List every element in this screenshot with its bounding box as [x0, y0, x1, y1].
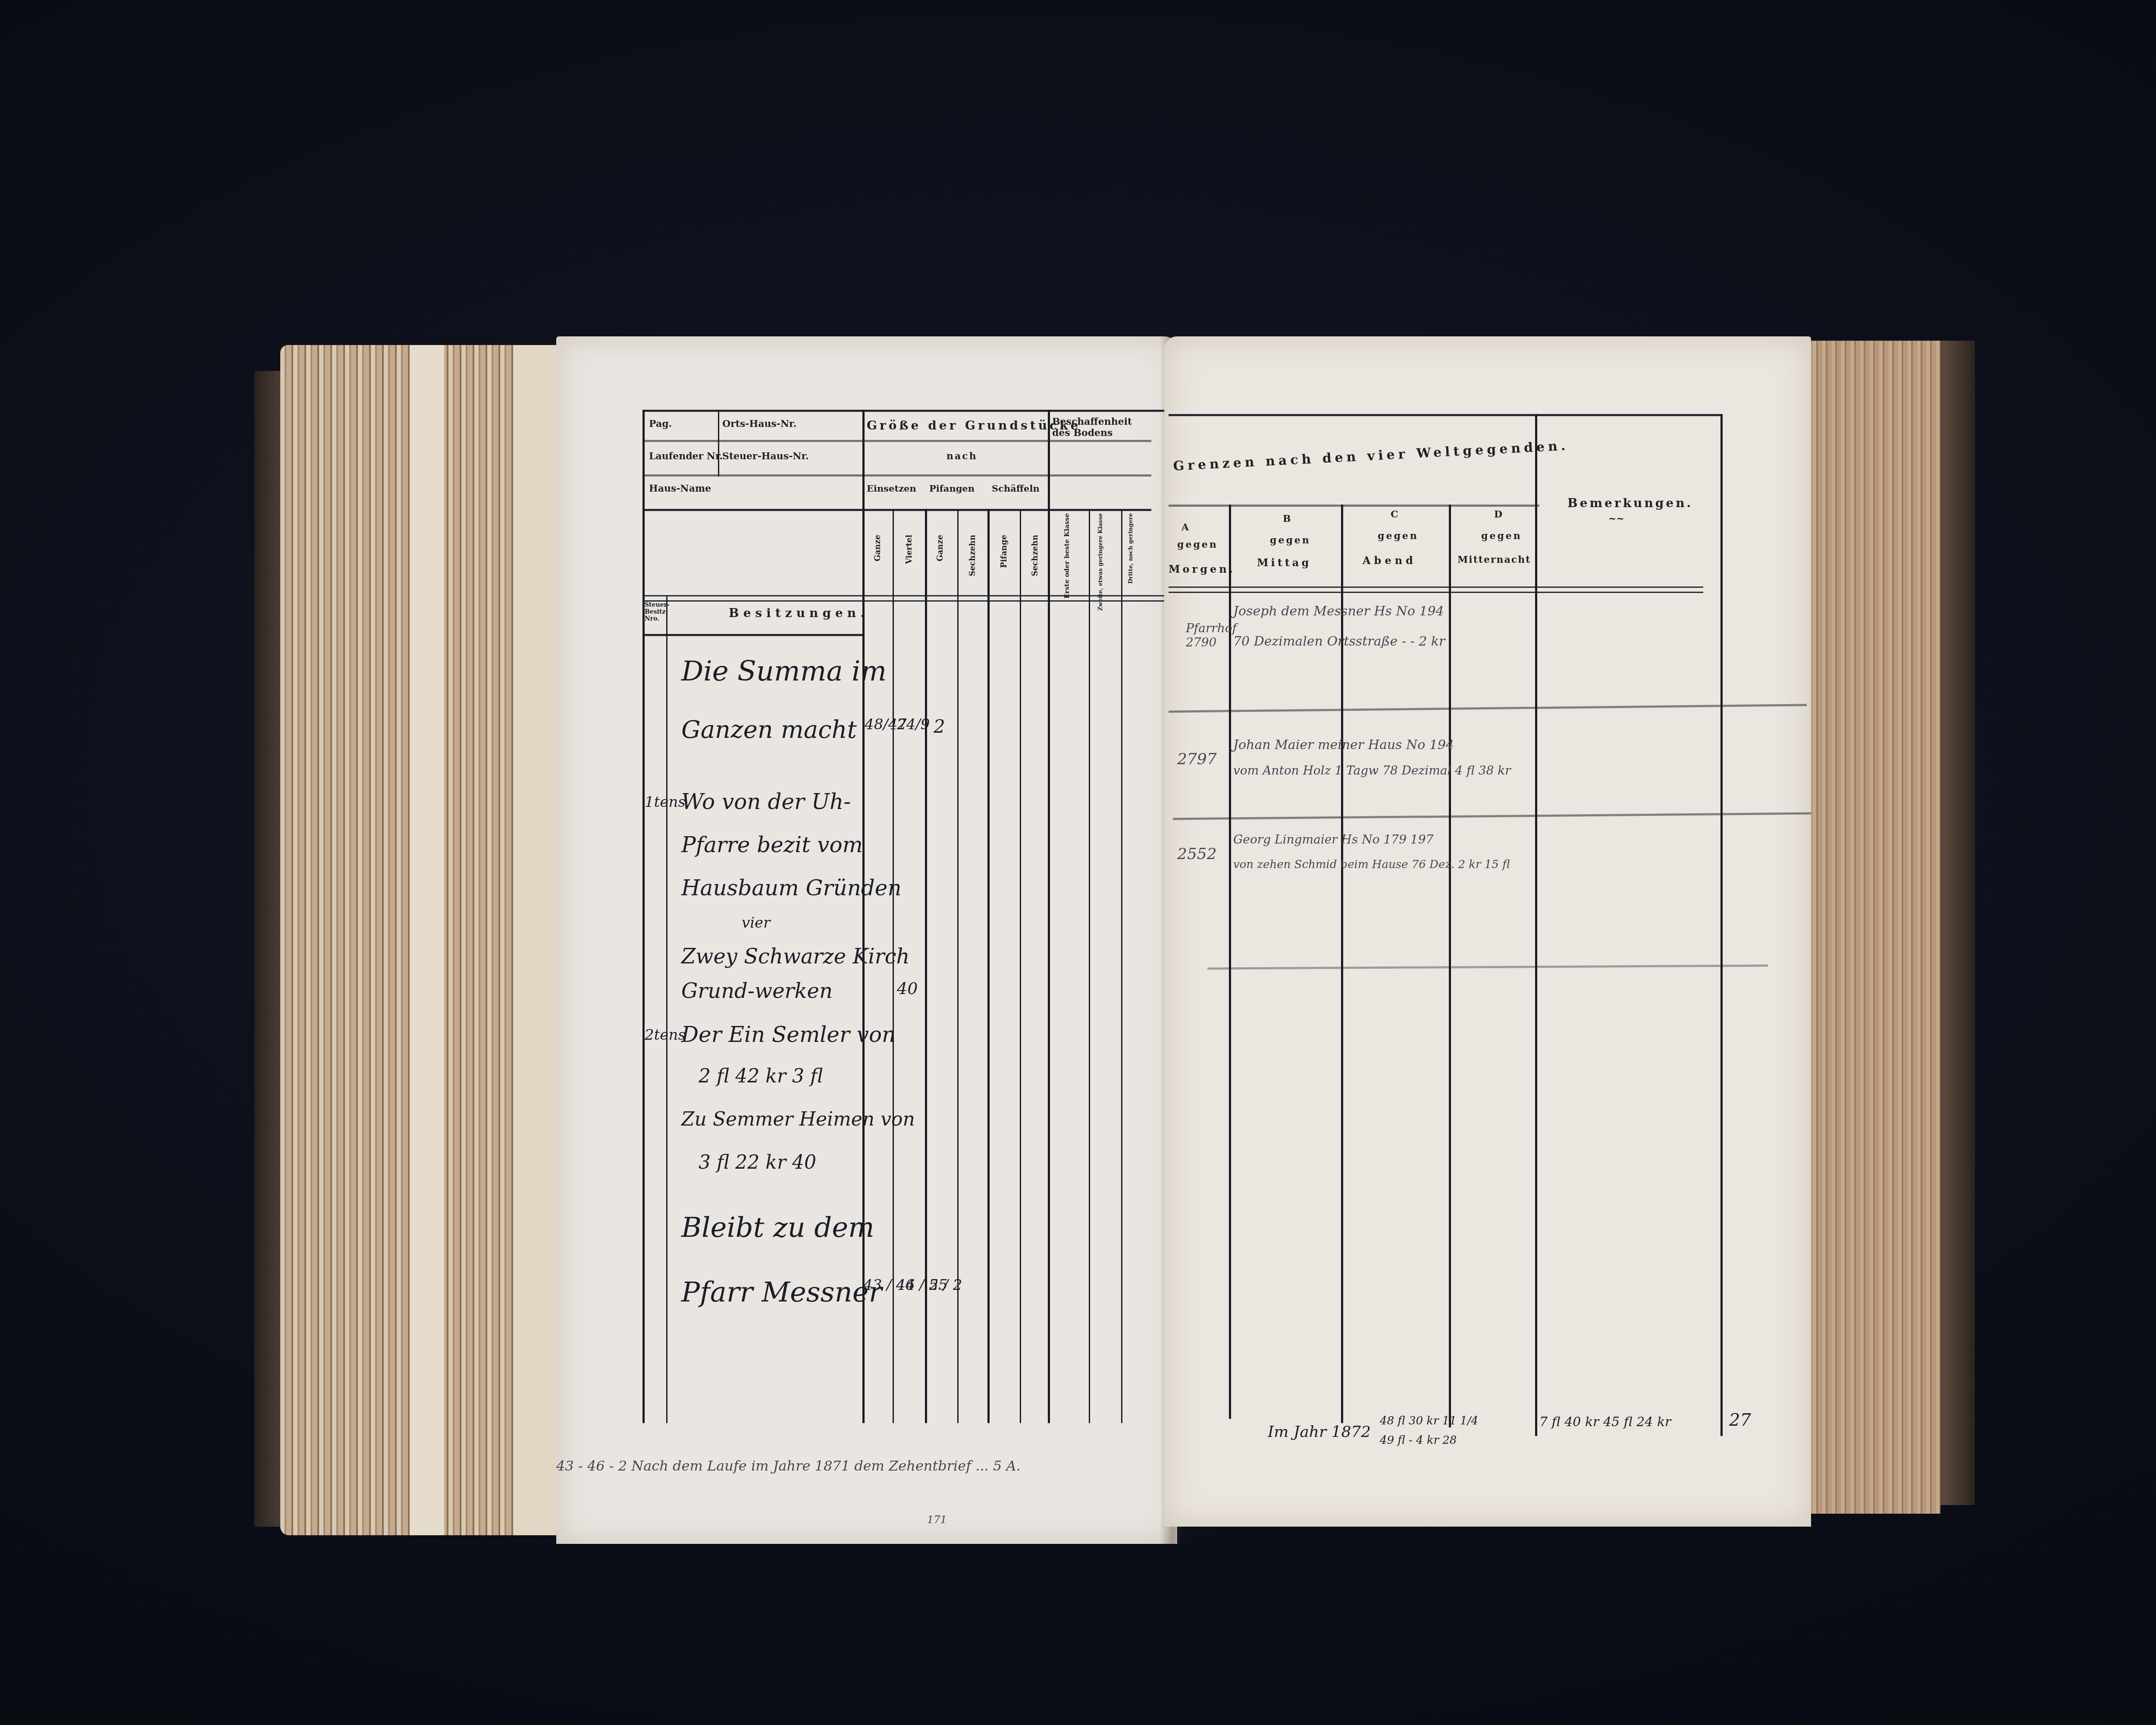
sub-col-ganze-2: Ganze [936, 535, 945, 561]
column-rule [1089, 509, 1090, 1423]
orts-haus-nr-label: Orts-Haus-Nr. [722, 418, 796, 430]
besitzungen-label: Besitzungen. [729, 606, 869, 620]
page-number-bottom: 171 [927, 1514, 947, 1526]
klasse-3-label: Dritte, noch geringere [1128, 513, 1134, 584]
entry-0-line-1: Ganzen macht [681, 716, 857, 744]
right-entry-2-line-0: Georg Lingmaier Hs No 179 197 [1233, 832, 1433, 847]
right-entry-0-line-1: 70 Dezimalen Ortsstraße - - 2 kr [1233, 634, 1445, 649]
entry-1-value-1: 40 [897, 979, 918, 998]
left-page: Pag. Orts-Haus-Nr. Laufender Nr. Steuer-… [556, 336, 1177, 1544]
column-rule-d [1535, 414, 1537, 1436]
footer-value-1: 49 fl - 4 kr 28 [1380, 1434, 1457, 1447]
grenzen-title: Grenzen nach den vier Weltgegenden. [1173, 438, 1569, 474]
sub-col-viertel: Viertel [905, 535, 914, 564]
table-right-border [1720, 414, 1723, 1436]
entry-2-line-3: 3 fl 22 kr 40 [699, 1151, 816, 1173]
laufender-nr-label: Laufender Nr. [649, 451, 723, 462]
steuer-besitz-nro-label: Steuer-Besitz-Nro. [645, 602, 666, 622]
header-mid-rule [1169, 505, 1539, 507]
bemerkungen-label: Bemerkungen. [1567, 496, 1693, 510]
beschaffenheit-title: Beschaffenheit des Bodens [1052, 416, 1117, 439]
sub-col-sechzehn-2: Sechzehn [1031, 535, 1040, 576]
right-entry-1-line-0: Johan Maier meiner Haus No 194 [1233, 737, 1454, 753]
column-rule [718, 412, 719, 477]
right-entry-1-line-1: vom Anton Holz 1 Tagw 78 Dezimal 4 fl 38… [1233, 763, 1511, 778]
table-left-border [642, 410, 645, 1423]
entry-2-line-0: Der Ein Semler von [681, 1022, 896, 1047]
entry-3-value-2: 2 / 2 [929, 1276, 962, 1294]
besitzungen-rule [642, 634, 862, 636]
column-rule [1121, 509, 1122, 1423]
col-c-line2: Abend [1363, 554, 1416, 567]
header-rule [642, 509, 1151, 511]
column-rule [1020, 509, 1021, 1423]
column-rule [666, 595, 667, 1423]
right-entry-0-line-0: Joseph dem Messner Hs No 194 [1233, 604, 1444, 619]
entry-rule [1173, 812, 1811, 820]
entry-1-line-1: Pfarre bezit vom [681, 832, 863, 857]
haus-name-label: Haus-Name [649, 483, 711, 494]
entry-2-line-1: 2 fl 42 kr 3 fl [699, 1065, 823, 1087]
entry-1-line-2: Hausbaum Gründen [681, 875, 902, 900]
footer-value-2: 7 fl 40 kr 45 fl 24 kr [1539, 1414, 1671, 1430]
col-b-letter: B [1283, 513, 1291, 524]
klasse-2-label: Zweite, etwas geringere Klasse [1097, 513, 1104, 611]
schaeffeln-label: Schäffeln [992, 483, 1040, 494]
groesse-title: Größe der Grundstücke [867, 418, 1081, 433]
right-page: Grenzen nach den vier Weltgegenden. A ge… [1164, 336, 1811, 1527]
entry-2-line-2: Zu Semmer Heimen von [681, 1108, 915, 1130]
sub-col-pifange: Pifange [1000, 535, 1009, 568]
header-top-rule [1169, 414, 1720, 416]
column-rule [1048, 410, 1050, 1423]
entry-0-value-2: 2 [934, 716, 945, 737]
entry-rule [1207, 965, 1768, 970]
entry-rule [1169, 704, 1807, 712]
footer-value-3: 27 [1729, 1410, 1751, 1430]
footer-year: Im Jahr 1872 [1268, 1423, 1371, 1441]
entry-1-line-3: vier [742, 914, 770, 931]
header-bottom-rule [1169, 586, 1703, 593]
col-c-line1: gegen [1378, 530, 1419, 542]
groesse-nach: nach [946, 451, 978, 462]
page-stack-right [1794, 341, 1940, 1514]
header-top-rule [642, 410, 1173, 412]
entry-1-line-4: Zwey Schwarze Kirch [681, 944, 909, 969]
header-bottom-rule [642, 595, 1177, 602]
col-d-line1: gegen [1481, 530, 1522, 542]
klasse-1-label: Erste oder beste Klasse [1063, 513, 1071, 599]
col-b-line1: gegen [1270, 535, 1311, 546]
entry-1-line-5: Grund-werken [681, 979, 833, 1003]
entry-0-line-0: Die Summa im [681, 655, 887, 687]
col-a-letter: A [1181, 522, 1189, 533]
right-entry-0-nr: Pfarrhof 2790 [1186, 621, 1229, 649]
col-c-letter: C [1391, 509, 1398, 520]
entry-3-line-0: Bleibt zu dem [681, 1212, 874, 1244]
entry-1-nr: 1tens [645, 793, 686, 811]
right-entry-1-nr: 2797 [1177, 750, 1217, 768]
sub-col-sechzehn: Sechzehn [968, 535, 977, 576]
pifangen-label: Pifangen [929, 483, 975, 494]
steuer-haus-nr-label: Steuer-Haus-Nr. [722, 451, 809, 462]
column-rule [862, 410, 865, 1423]
sub-col-ganze: Ganze [873, 535, 882, 561]
col-a-line1: gegen [1177, 539, 1218, 550]
entry-1-line-0: Wo von der Uh- [681, 789, 851, 814]
footer-note: 43 - 46 - 2 Nach dem Laufe im Jahre 1871… [556, 1458, 1021, 1474]
column-rule-a [1229, 505, 1231, 1419]
entry-3-line-1: Pfarr Messner [681, 1276, 882, 1308]
col-a-line2: Morgen. [1169, 563, 1235, 575]
bemerkungen-ornament: ~~ [1608, 513, 1624, 524]
col-d-letter: D [1494, 509, 1502, 520]
entry-2-nr: 2tens [645, 1026, 686, 1044]
column-rule-c [1449, 505, 1451, 1427]
col-b-line2: Mittag [1257, 556, 1311, 569]
einsetzen-label: Einsetzen [867, 483, 916, 494]
page-stack-left [280, 345, 561, 1535]
entry-0-value-1: 24/9 [897, 716, 930, 733]
column-rule [987, 509, 990, 1423]
right-entry-2-line-1: von zehen Schmid beim Hause 76 Dez. 2 kr… [1233, 858, 1510, 871]
pag-label: Pag. [649, 418, 672, 430]
footer-value-0: 48 fl 30 kr 11 1/4 [1380, 1414, 1478, 1427]
col-d-line2: Mitternacht [1457, 554, 1531, 565]
right-entry-2-nr: 2552 [1177, 845, 1217, 863]
